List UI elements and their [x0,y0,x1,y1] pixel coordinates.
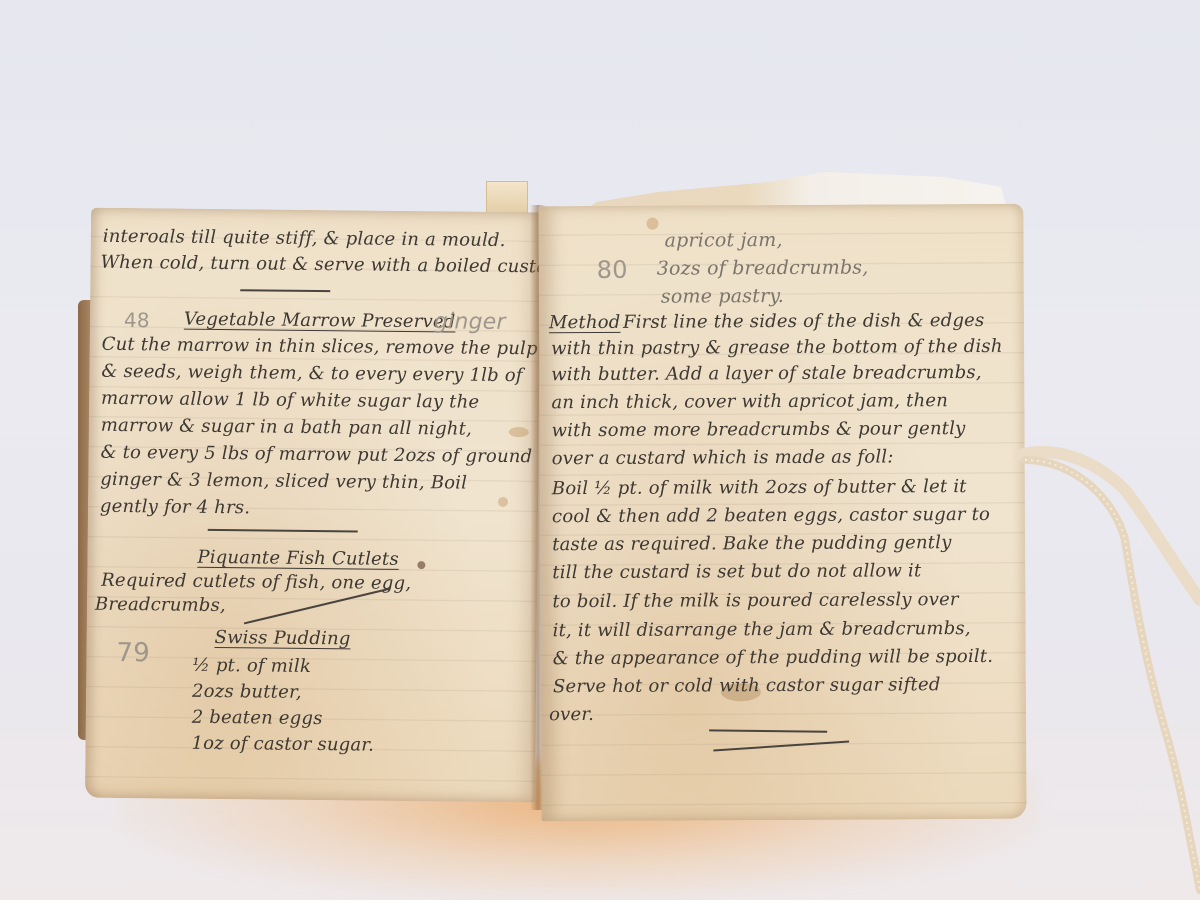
method-line: with thin pastry & grease the bottom of … [551,336,1003,359]
stain [417,561,425,569]
method-line: Boil ½ pt. of milk with 2ozs of butter &… [552,476,967,499]
ingredient-line: 3ozs of breadcrumbs, [657,257,869,280]
ingredient-line: ½ pt. of milk [192,655,311,677]
recipe-title: Swiss Pudding [214,627,350,649]
pencil-number: 79 [116,638,150,668]
right-page: apricot jam, 80 3ozs of breadcrumbs, som… [538,204,1026,822]
method-line: to boil. If the milk is poured carelessl… [552,589,958,612]
divider-line [208,529,358,532]
handwritten-line: Required cutlets of fish, one egg, [101,570,411,594]
method-line: cool & then add 2 beaten eggs, castor su… [552,504,990,527]
handwritten-line: marrow & sugar in a bath pan all night, [101,415,472,440]
divider-line [240,289,330,291]
ingredient-line: 1oz of castor sugar. [191,733,374,756]
method-line: it, it will disarrange the jam & breadcr… [553,618,971,641]
frayed-ribbon [1015,440,1200,900]
stain [646,218,658,230]
handwritten-line: marrow allow 1 lb of white sugar lay the [101,388,479,413]
end-flourish-line [709,729,827,732]
method-line: Serve hot or cold with castor sugar sift… [553,674,941,697]
method-line: over a custard which is made as foll: [552,446,894,469]
method-line: First line the sides of the dish & edges [623,310,985,333]
ingredient-line: 2 beaten eggs [192,707,323,729]
handwritten-line: interoals till quite stiff, & place in a… [103,226,506,251]
handwritten-line: When cold, turn out & serve with a boile… [100,252,573,278]
method-line: & the appearance of the pudding will be … [553,646,994,669]
end-flourish-line [713,741,849,752]
handwritten-line: & seeds, weigh them, & to every every 1l… [101,361,523,386]
ingredient-line: some pastry. [661,285,784,308]
method-label: Method [549,312,621,333]
recipe-title: Piquante Fish Cutlets [197,547,399,570]
photo-scene: interoals till quite stiff, & place in a… [0,0,1200,900]
strike-line [244,588,390,624]
left-page: interoals till quite stiff, & place in a… [85,208,541,803]
pencil-number: 48 [124,308,150,332]
method-line: taste as required. Bake the pudding gent… [552,532,951,555]
method-line: over. [549,704,594,725]
handwritten-line: ginger & 3 lemon, sliced very thin, Boil [100,469,467,494]
stain [498,497,508,507]
method-line: an inch thick, cover with apricot jam, t… [551,390,948,413]
ingredient-line: apricot jam, [665,229,783,252]
handwritten-line: Breadcrumbs, [95,594,226,616]
handwritten-line: & to every 5 lbs of marrow put 2ozs of g… [100,442,532,468]
pencil-annotation: ginger [434,309,506,335]
method-line: with some more breadcrumbs & pour gently [552,418,966,441]
handwritten-line: gently for 4 hrs. [100,496,250,519]
pencil-number: 80 [597,256,628,284]
handwritten-line: Cut the marrow in thin slices, remove th… [102,334,538,360]
stain [509,427,529,437]
method-line: till the custard is set but do not allow… [552,560,921,583]
recipe-title: Vegetable Marrow Preserved [184,309,456,333]
ingredient-line: 2ozs butter, [192,681,302,703]
bookmark-tab [486,181,528,213]
method-line: with butter. Add a layer of stale breadc… [551,362,982,385]
